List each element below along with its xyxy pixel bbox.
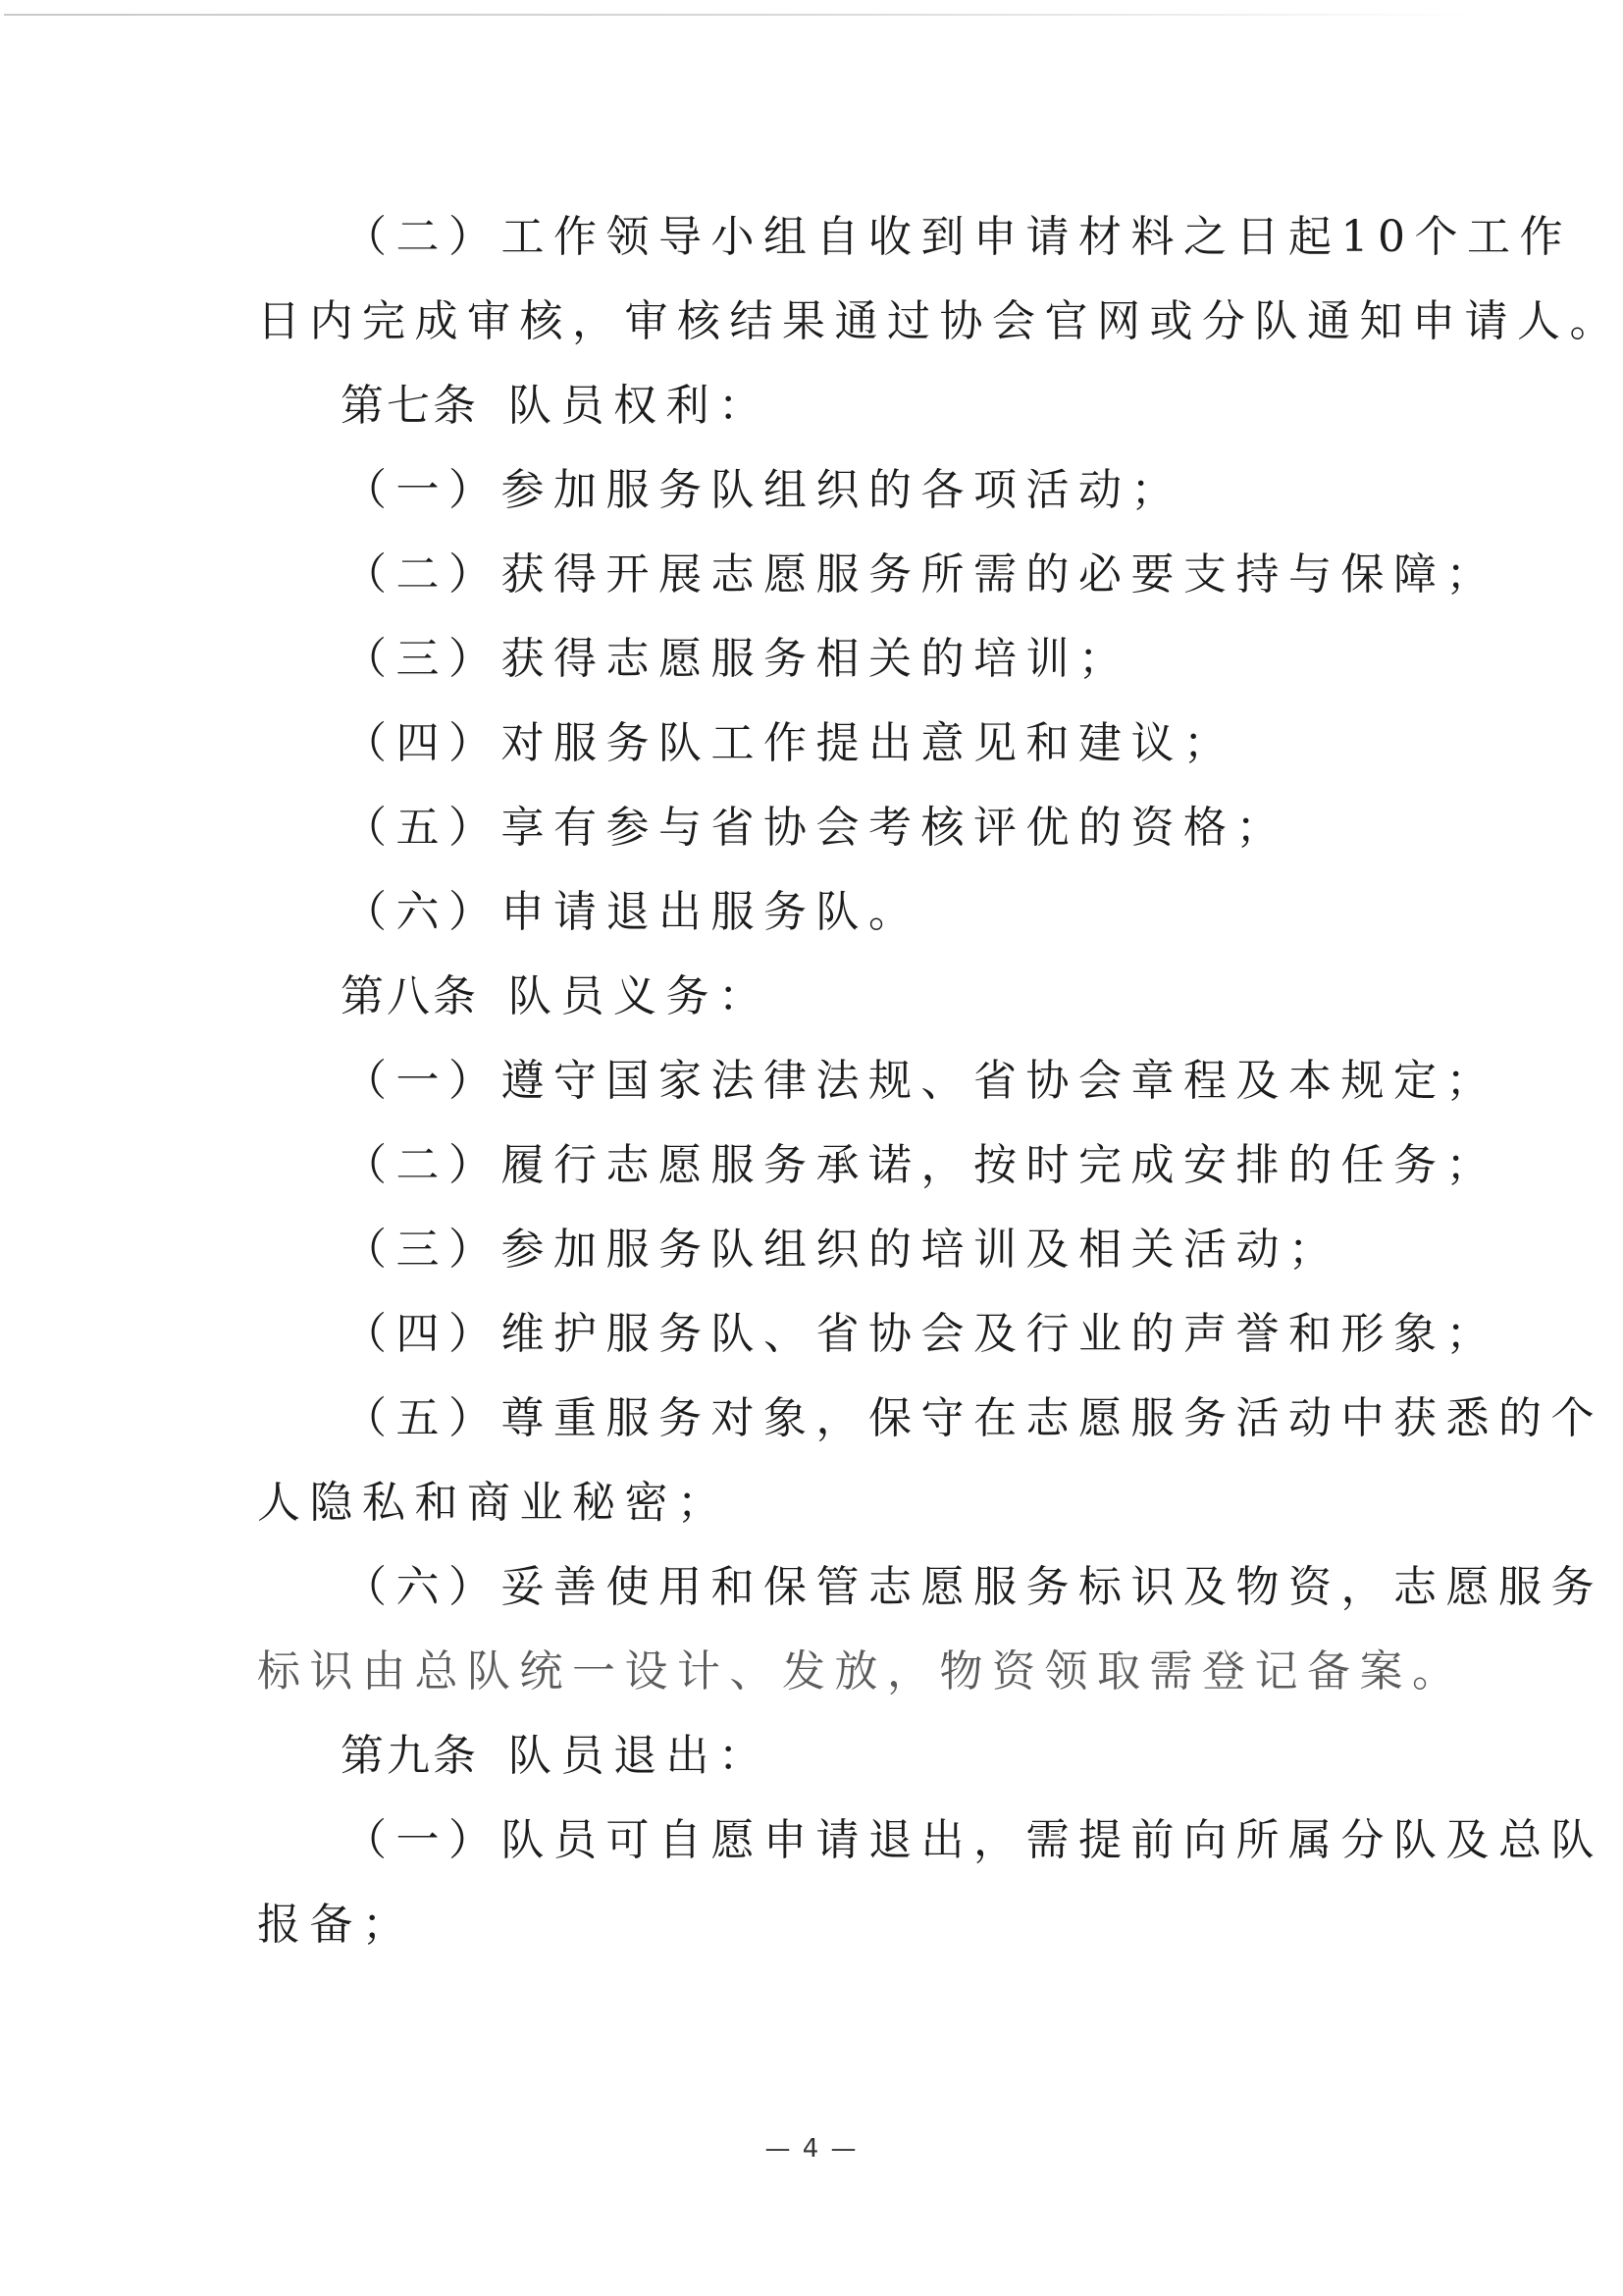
article-number: 第八条 <box>340 971 479 1021</box>
list-item: （五）尊重服务对象，保守在志愿服务活动中获悉的个 <box>343 1389 1603 1448</box>
list-item: （二）获得开展志愿服务所需的必要支持与保障； <box>343 546 1498 604</box>
list-item: （三）获得志愿服务相关的培训； <box>343 630 1131 689</box>
article-title: 队员义务： <box>508 971 771 1021</box>
list-item-continuation: 标识由总队统一设计、发放，物资领取需登记备案。 <box>257 1643 1465 1701</box>
article-title: 队员权利： <box>508 381 771 431</box>
article-number: 第九条 <box>340 1731 479 1781</box>
list-item: （三）参加服务队组织的培训及相关活动； <box>343 1221 1341 1279</box>
paragraph-line: 日内完成审核，审核结果通过协会官网或分队通知申请人。 <box>257 292 1622 351</box>
list-item: （六）妥善使用和保管志愿服务标识及物资，志愿服务 <box>343 1558 1603 1617</box>
scan-artifact-line <box>4 14 1476 16</box>
list-item-continuation: 人隐私和商业秘密； <box>257 1474 730 1533</box>
article-heading-9: 第九条队员退出： <box>340 1727 771 1786</box>
article-heading-8: 第八条队员义务： <box>340 967 771 1026</box>
article-number: 第七条 <box>340 381 479 431</box>
article-title: 队员退出： <box>508 1731 771 1781</box>
paragraph-line: （二）工作领导小组自收到申请材料之日起10个工作 <box>343 208 1572 267</box>
list-item: （一）队员可自愿申请退出，需提前向所属分队及总队 <box>343 1811 1603 1870</box>
list-item: （四）维护服务队、省协会及行业的声誉和形象； <box>343 1305 1498 1364</box>
list-item: （一）遵守国家法律法规、省协会章程及本规定； <box>343 1052 1498 1111</box>
list-item: （二）履行志愿服务承诺，按时完成安排的任务； <box>343 1136 1498 1195</box>
article-heading-7: 第七条队员权利： <box>340 377 771 436</box>
page-number: — 4 — <box>0 2134 1623 2164</box>
list-item-continuation: 报备； <box>257 1896 415 1955</box>
list-item: （六）申请退出服务队。 <box>343 883 921 942</box>
list-item: （五）享有参与省协会考核评优的资格； <box>343 799 1288 858</box>
list-item: （四）对服务队工作提出意见和建议； <box>343 714 1236 773</box>
list-item: （一）参加服务队组织的各项活动； <box>343 461 1183 520</box>
